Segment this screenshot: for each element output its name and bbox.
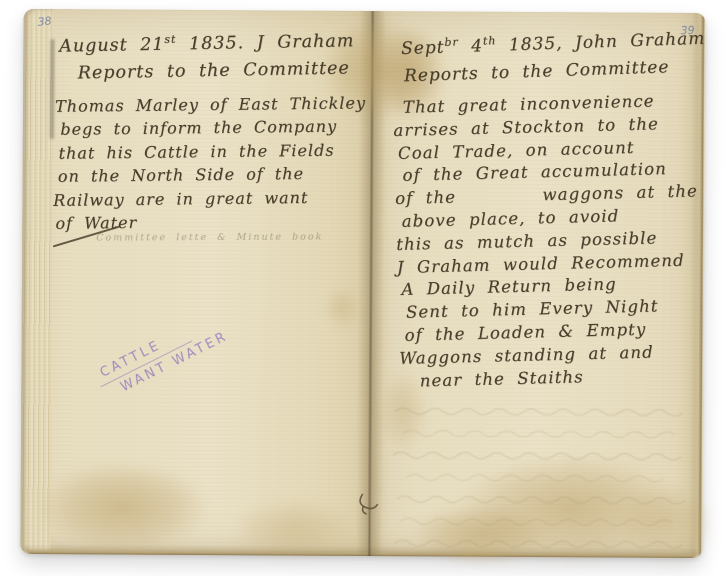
left-heading: August 21st 1835. J Graham Reports to th… [59, 22, 355, 87]
left-heading-line-2: Reports to the Committee [77, 55, 355, 87]
left-date-ordinal: st [164, 33, 176, 46]
page-stack-edge-left [20, 9, 53, 554]
photo-canvas: 38 39 August 21st 1835. J Graham Reports… [0, 0, 727, 576]
left-date-rest: 1835. J Graham [176, 31, 354, 54]
body-line: Railway are in great want [53, 185, 367, 212]
right-day: 4 [458, 36, 483, 57]
left-heading-line-1: August 21st 1835. J Graham [59, 22, 355, 60]
page-number-left: 38 [37, 14, 52, 28]
left-body: Thomas Marley of East Thickley begs to i… [52, 91, 367, 235]
pencil-note: Committee lette & Minute book [96, 232, 323, 244]
right-month-ordinal: br [444, 35, 459, 48]
body-line: that his Cattle in the Fields [58, 138, 366, 165]
right-day-ordinal: th [483, 34, 497, 47]
body-line-text: of Water [55, 213, 137, 233]
open-book: 38 39 August 21st 1835. J Graham Reports… [20, 9, 705, 558]
left-date: August 21 [59, 35, 165, 57]
body-line: Thomas Marley of East Thickley [55, 91, 366, 118]
body-line: begs to inform the Company [60, 115, 366, 142]
right-date-rest: 1835, John Graham [496, 29, 705, 56]
right-date: Sept [401, 38, 445, 59]
right-body: That great inconvenience arrises at Stoc… [393, 89, 703, 393]
binding-thread-icon [351, 492, 381, 518]
body-line: on the North Side of the [58, 161, 367, 188]
right-heading: Septbr 4th 1835, John Graham Reports to … [400, 20, 706, 90]
